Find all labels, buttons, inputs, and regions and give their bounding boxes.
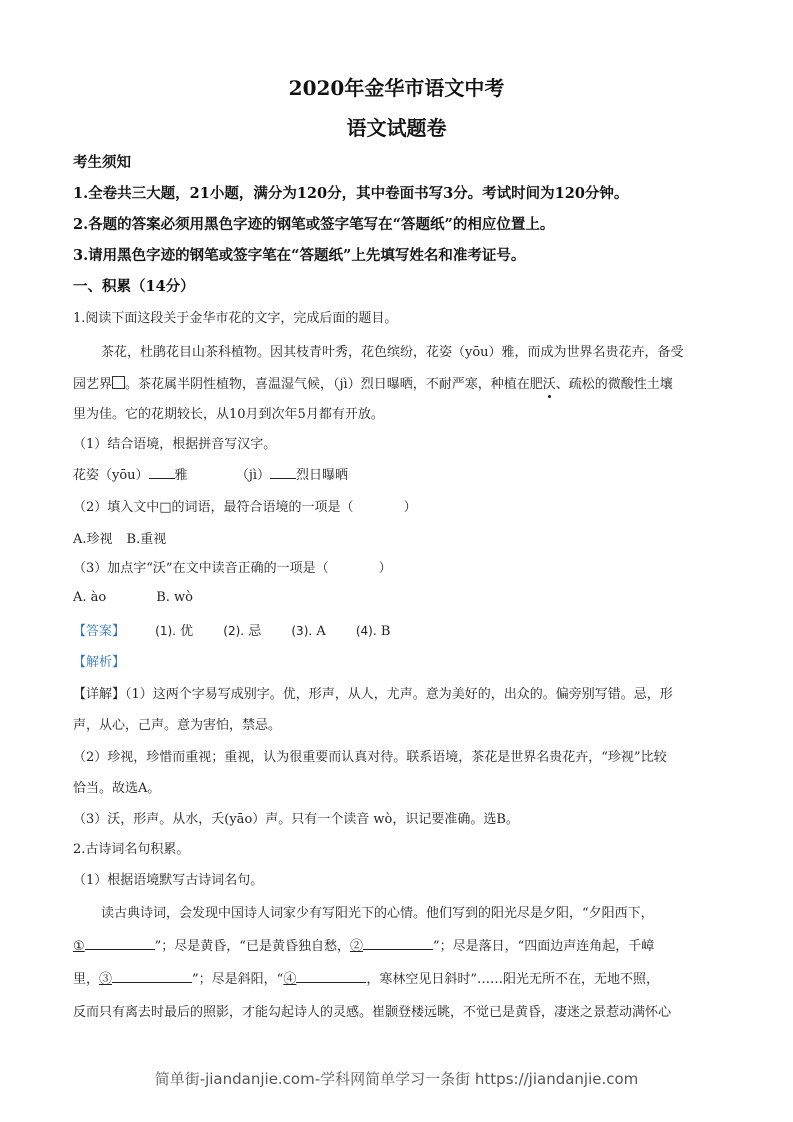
passage-text: ，寒林空见日斜时”……阳光无所不在，无地不照， xyxy=(366,972,659,987)
passage-line: 茶花，杜鹃花目山茶科植物。因其枝青叶秀，花色缤纷，花姿（yōu）雅，而成为世界名… xyxy=(101,341,684,360)
fill-blank[interactable] xyxy=(149,466,175,479)
passage-line: 读古典诗词，会发现中国诗人词家少有写阳光下的心情。他们写到的阳光尽是夕阳，“夕阳… xyxy=(101,902,654,921)
analysis-line: （3）沃，形声。从水，夭(yāo）声。只有一个读音 wò，识记要准确。选B。 xyxy=(73,808,519,827)
option-a: A.珍视 xyxy=(73,532,113,547)
question-2-prompt: 2.古诗词名句积累。 xyxy=(73,838,189,857)
passage-line: 反而只有离去时最后的照影，才能勾起诗人的灵感。崔颢登楼远眺，不觉已是黄昏，凄迷之… xyxy=(73,1001,671,1020)
pinyin-items: 花姿（yōu）雅 （jì）烈日曝晒 xyxy=(73,464,348,483)
notice-item-3: 3.请用黑色字迹的钢笔或签字笔在“答题纸”上先填写姓名和准考证号。 xyxy=(73,244,525,265)
blank-marker-2: ② xyxy=(350,939,363,954)
blank-marker-4: ④ xyxy=(283,972,296,987)
passage-line: 里为佳。它的花期较长，从10月到次年5月都有开放。 xyxy=(73,403,384,422)
passage-line: ①”；尽是黄昏，“已是黄昏独自愁，②”；尽是落日，“四面边声连角起，千嶂 xyxy=(73,935,654,954)
blank-marker-3: ③ xyxy=(99,972,112,987)
paren-close: ） xyxy=(379,561,392,576)
watermark-footer: 简单街-jiandanjie.com-学科网简单学习一条街 https://ji… xyxy=(0,1068,793,1089)
analysis-line: （2）珍视，珍惜而重视；重视，认为很重要而认真对待。联系语境，茶花是世界名贵花卉… xyxy=(73,746,667,765)
question-1-prompt: 1.阅读下面这段关于金华市花的文字，完成后面的题目。 xyxy=(73,307,397,326)
dotted-character: 沃 xyxy=(543,377,556,392)
exam-page: 2020年金华市语文中考 语文试题卷 考生须知 1.全卷共三大题，21小题，满分… xyxy=(0,0,793,1122)
answer-value: 优 xyxy=(180,624,193,639)
option-a: A. ào xyxy=(73,590,106,605)
options-2: A.珍视B.重视 xyxy=(73,528,166,547)
passage-text: ”；尽是黄昏，“已是黄昏独自愁， xyxy=(155,939,350,954)
sub-question-3-text: （3）加点字“沃”在文中读音正确的一项是（ xyxy=(73,561,329,576)
options-3: A. àoB. wò xyxy=(73,590,193,605)
sub-question-3: （3）加点字“沃”在文中读音正确的一项是（） xyxy=(73,557,392,576)
answer-num: (3). xyxy=(291,624,312,638)
sub-question-2-text: （2）填入文中□的词语，最符合语境的一项是（ xyxy=(73,500,354,515)
paren-close: ） xyxy=(404,500,417,515)
pinyin-a: 花姿（yōu） xyxy=(73,468,149,483)
section-heading: 一、积累（14分） xyxy=(73,275,195,296)
blank-box xyxy=(112,376,125,389)
blank-marker-1: ① xyxy=(73,939,85,954)
sub-question-1: （1）根据语境默写古诗词名句。 xyxy=(73,869,263,888)
pinyin-b: （jì） xyxy=(236,468,270,483)
passage-line: 里，③”；尽是斜阳，“④，寒林空见日斜时”……阳光无所不在，无地不照， xyxy=(73,968,659,987)
answer-num: (1). xyxy=(155,624,176,638)
analysis-line: 【详解】（1）这两个字易写成别字。优，形声，从人，尤声。意为美好的，出众的。偏旁… xyxy=(73,683,673,702)
analysis-label: 【解析】 xyxy=(73,651,125,670)
answer-label: 【答案】 xyxy=(73,624,125,639)
answer-value: B xyxy=(381,624,391,639)
passage-text: 。茶花属半阴性植物，喜温湿气候，（jì）烈日曝晒，不耐严寒，种植在肥 xyxy=(125,377,543,392)
exam-title: 2020年金华市语文中考 xyxy=(0,72,793,101)
notice-item-1: 1.全卷共三大题，21小题，满分为120分，其中卷面书写3分。考试时间为120分… xyxy=(73,182,628,203)
passage-text: 里， xyxy=(73,972,99,987)
pinyin-b-suffix: 烈日曝晒 xyxy=(296,468,348,483)
answer-value: 忌 xyxy=(248,624,261,639)
sub-question-2: （2）填入文中□的词语，最符合语境的一项是（） xyxy=(73,496,417,515)
fill-blank[interactable] xyxy=(363,937,433,950)
option-b: B. wò xyxy=(156,590,193,605)
fill-blank[interactable] xyxy=(85,937,155,950)
option-b: B.重视 xyxy=(127,532,167,547)
analysis-text: （1）这两个字易写成别字。优，形声，从人，尤声。意为美好的，出众的。偏旁别写错。… xyxy=(125,687,673,702)
answer-num: (4). xyxy=(356,624,377,638)
fill-blank[interactable] xyxy=(112,970,192,983)
passage-text: ”；尽是斜阳，“ xyxy=(192,972,283,987)
answer-row: 【答案】 (1). 优 (2). 忌 (3). A (4). B xyxy=(73,620,390,639)
fill-blank[interactable] xyxy=(270,466,296,479)
exam-subtitle: 语文试题卷 xyxy=(0,112,793,141)
passage-line: 园艺界。茶花属半阴性植物，喜温湿气候，（jì）烈日曝晒，不耐严寒，种植在肥沃、疏… xyxy=(73,373,673,392)
passage-text: 、疏松的微酸性土壤 xyxy=(556,377,673,392)
analysis-line: 恰当。故选A。 xyxy=(73,777,160,796)
notice-heading: 考生须知 xyxy=(73,151,131,172)
detail-label: 【详解】 xyxy=(73,687,125,702)
pinyin-a-suffix: 雅 xyxy=(175,468,188,483)
fill-blank[interactable] xyxy=(296,970,366,983)
passage-text: ”；尽是落日，“四面边声连角起，千嶂 xyxy=(433,939,654,954)
answer-value: A xyxy=(316,624,325,639)
analysis-line: 声，从心，己声。意为害怕，禁忌。 xyxy=(73,714,281,733)
answer-num: (2). xyxy=(223,624,244,638)
notice-item-2: 2.各题的答案必须用黑色字迹的钢笔或签字笔写在“答题纸”的相应位置上。 xyxy=(73,213,554,234)
passage-text: 园艺界 xyxy=(73,377,112,392)
sub-question-1: （1）结合语境，根据拼音写汉字。 xyxy=(73,433,276,452)
